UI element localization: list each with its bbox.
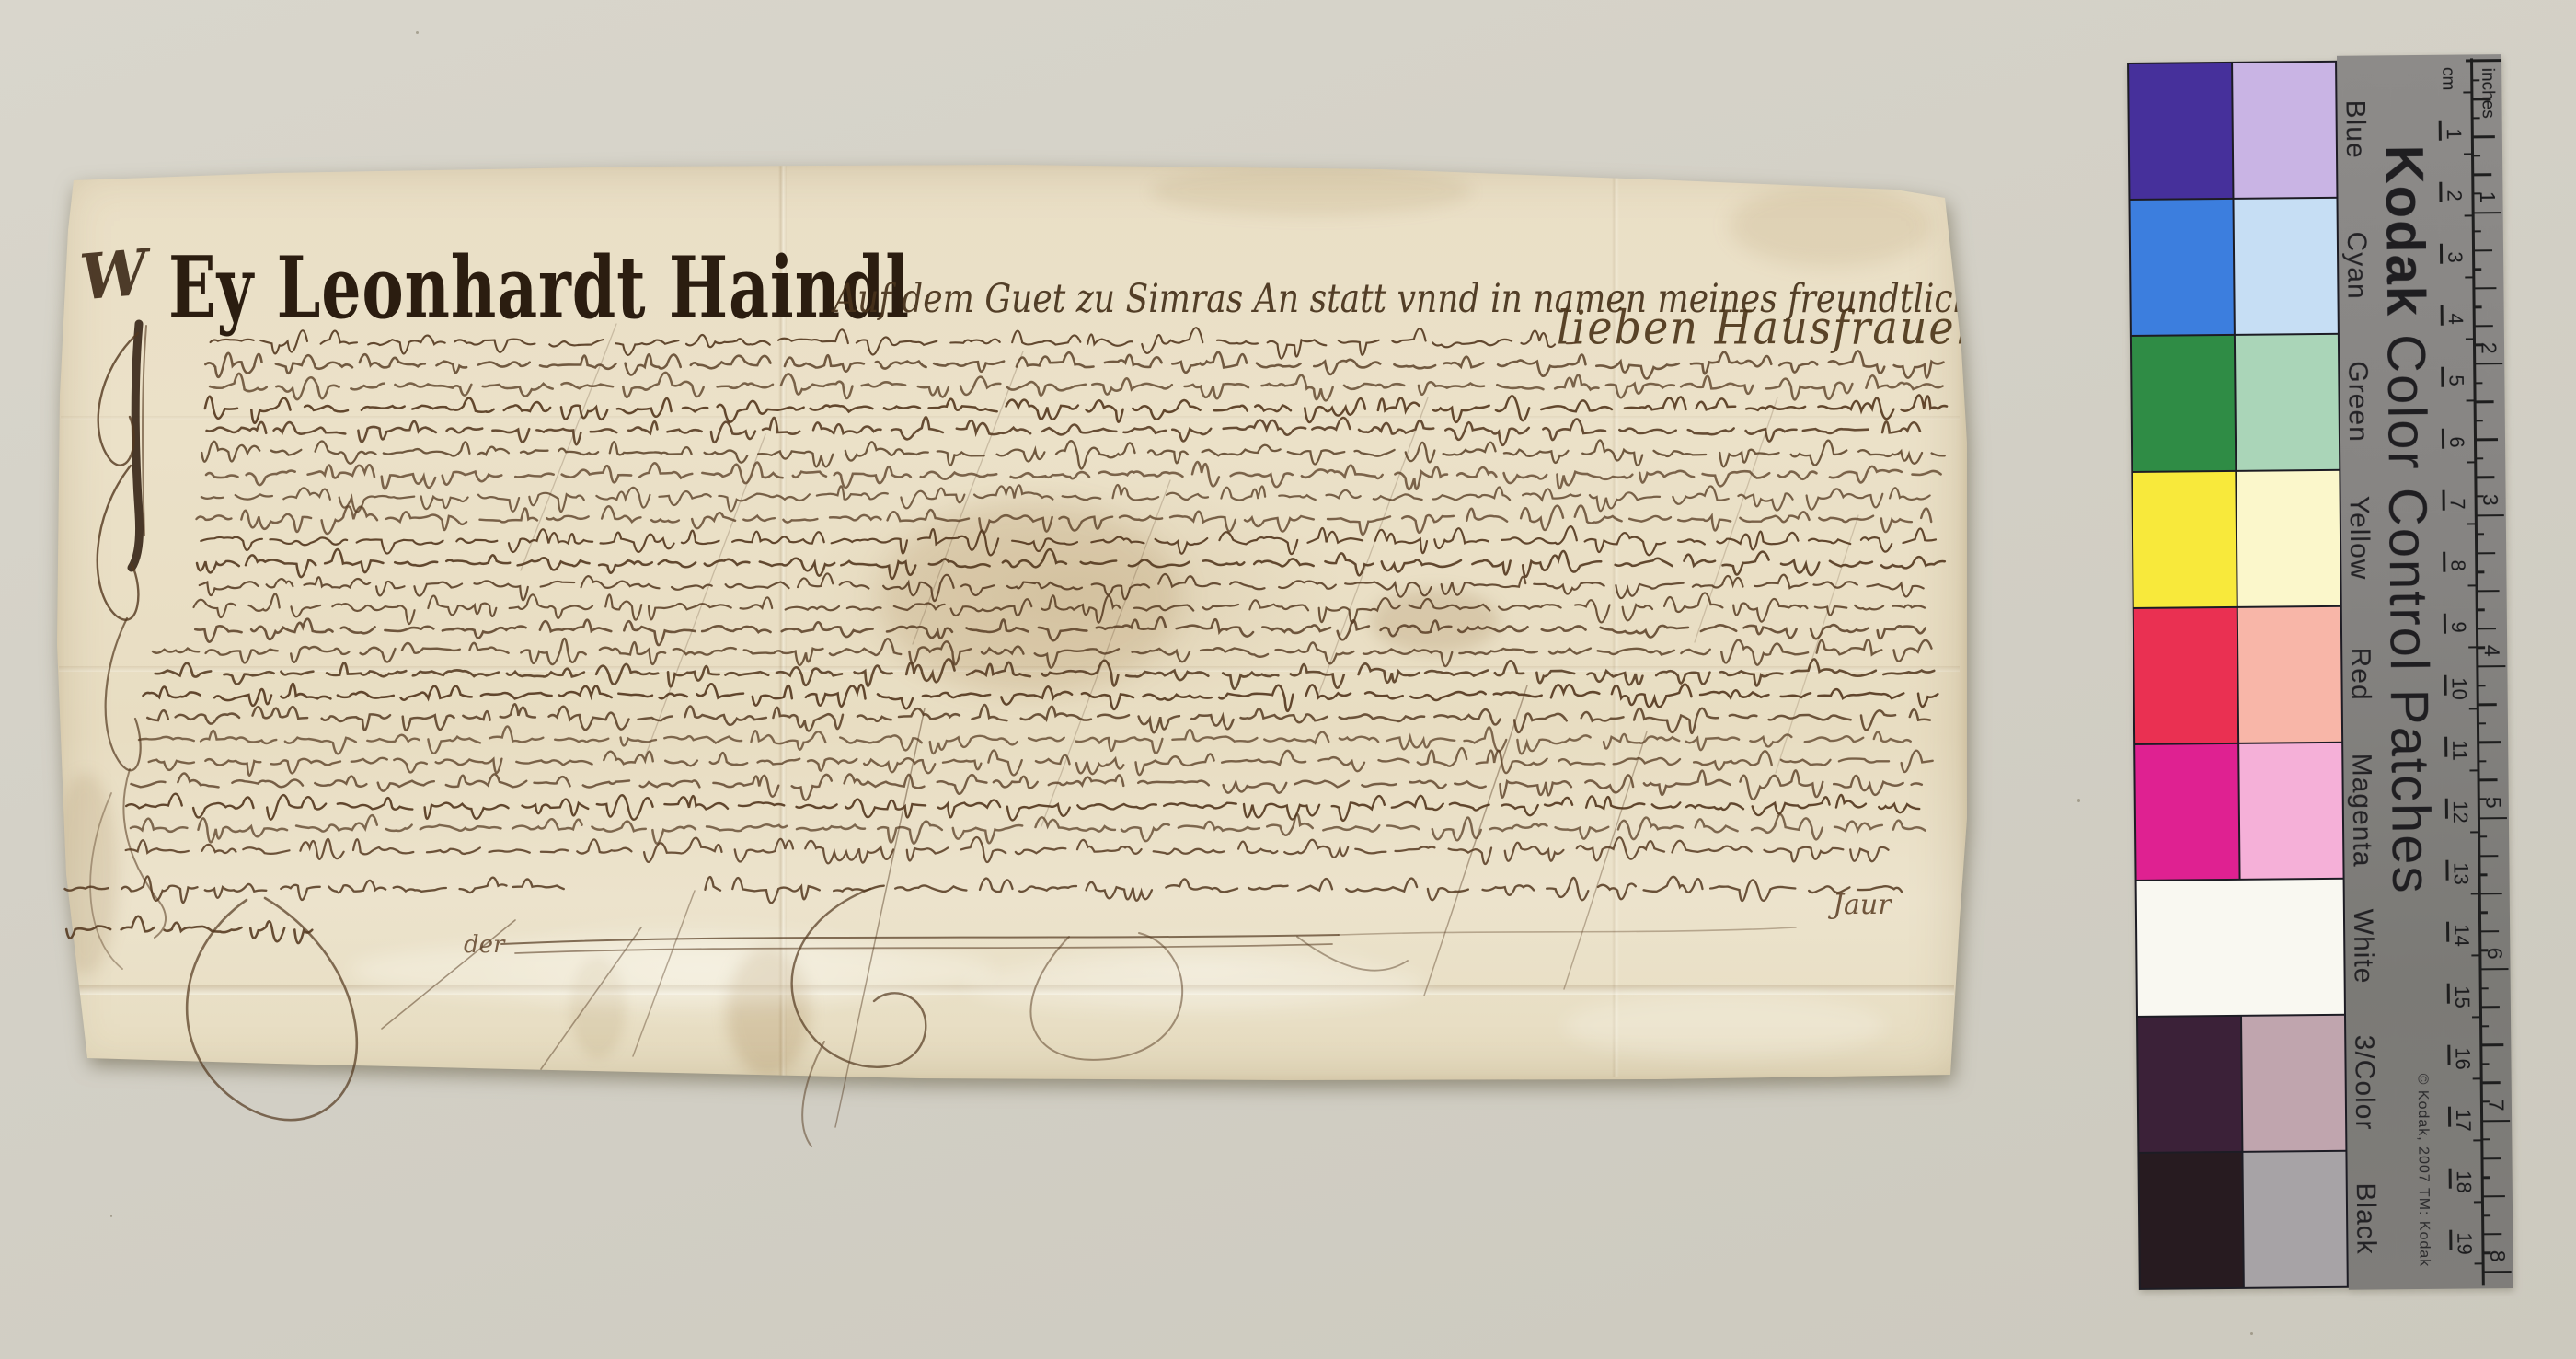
ruler-tick [2474, 1201, 2481, 1203]
fold-crease-horizontal [61, 416, 1960, 420]
ruler-tick [2482, 1271, 2512, 1273]
ruler-number: 8 [2485, 1250, 2510, 1262]
ruler-number: 10 [2446, 677, 2470, 700]
ruler-tick [2466, 338, 2473, 340]
patch-magenta-solid [2135, 744, 2238, 880]
ruler-number: 13 [2448, 862, 2472, 885]
ruler-tick [2477, 722, 2486, 724]
ruler-tick [2474, 477, 2494, 479]
closing-word: Jaur [1833, 889, 1892, 921]
fold-crease-vertical [778, 166, 787, 1077]
ruler-tick [2471, 155, 2480, 156]
ruler-number: 2 [2476, 342, 2501, 354]
ruler-number: 17 [2451, 1109, 2475, 1132]
patch-yellow-tint [2237, 471, 2340, 606]
ruler-tick [2470, 79, 2479, 81]
ruler-number: 4 [2444, 313, 2467, 324]
ruler-tick [2475, 570, 2484, 572]
kodak-title: Kodak Color Control Patches [2373, 144, 2442, 894]
ruler-tick [2474, 400, 2494, 403]
patch-label-yellow: Yellow [2343, 496, 2375, 581]
patch-black-solid [2139, 1153, 2242, 1288]
ruler-tick [2478, 873, 2488, 875]
scan-background: W Ey Leonhardt Haindl Auf dem Guet zu Si… [0, 0, 2576, 1359]
ruler-tick [2479, 1006, 2500, 1008]
ruler-tick [2480, 1138, 2490, 1140]
ruler-number: 2 [2442, 190, 2466, 201]
ruler-tick [2467, 523, 2475, 524]
ruler-tick [2473, 306, 2482, 308]
patch-black-tint [2243, 1152, 2346, 1287]
ruler-tick [2476, 609, 2485, 611]
patch-label-blue: Blue [2339, 99, 2371, 158]
ruler-tick [2477, 685, 2486, 686]
ruler-number: 7 [2445, 498, 2469, 509]
patch-label-cyan: Cyan [2340, 231, 2373, 299]
ruler-tick [2478, 855, 2498, 858]
ruler-tick [2466, 59, 2501, 62]
marginal-word: der [464, 931, 504, 959]
headline-blackletter: Ey Leonhardt Haindl [168, 237, 910, 338]
ruler-tick [2480, 1157, 2501, 1160]
ruler-number: 11 [2447, 740, 2471, 761]
ruler-tick [2471, 893, 2478, 894]
kodak-title-bold: Kodak [2374, 144, 2435, 317]
ruler-tick [2469, 708, 2477, 709]
ruler-tick [2476, 628, 2496, 630]
ruler-tick [2472, 212, 2501, 214]
ruler-tick [2479, 968, 2509, 971]
kodak-title-rest: Color Control Patches [2375, 317, 2441, 895]
ruler-tick [2479, 1025, 2489, 1027]
color-patches [2127, 61, 2349, 1290]
ruler-number: 7 [2483, 1099, 2508, 1111]
patch-green-solid [2132, 336, 2235, 471]
ruler-tick [2474, 457, 2483, 459]
ruler-tick [2472, 1016, 2479, 1018]
ruler-tick [2469, 769, 2477, 771]
ruler-tick [2465, 214, 2472, 216]
ruler-tick [2473, 382, 2482, 384]
ruler-number: 8 [2445, 559, 2469, 570]
ruler-tick [2471, 117, 2480, 119]
ruler-tick [2472, 230, 2481, 232]
ruler-tick [2463, 91, 2470, 93]
ruler-tick [2480, 1082, 2501, 1085]
ruler-tick [2471, 954, 2478, 956]
ruler-number: 3 [2443, 251, 2467, 262]
patch-cyan-tint [2234, 199, 2337, 334]
ruler-tick [2480, 1063, 2490, 1065]
ruler-tick [2481, 1176, 2490, 1178]
ruler-number: 14 [2449, 924, 2473, 947]
ruler-tick [2481, 1195, 2505, 1198]
ruler-number: 18 [2452, 1170, 2476, 1193]
ruler-number: 19 [2452, 1232, 2476, 1255]
patch-3-color-solid [2138, 1017, 2241, 1152]
ruler-number: 1 [2475, 190, 2500, 202]
ruler-number: 6 [2444, 436, 2468, 447]
water-sheen [350, 939, 994, 1003]
ruler-tick [2481, 1233, 2501, 1236]
patch-yellow-solid [2133, 472, 2236, 607]
kodak-copyright: © Kodak, 2007 TM: Kodak [2414, 1074, 2432, 1268]
ruler-tick [2477, 703, 2497, 706]
patch-red-tint [2238, 607, 2341, 743]
headline-chancery: Auf dem Guet zu Simras An statt vnnd in … [834, 276, 2016, 321]
patch-label-3-color: 3/Color [2348, 1035, 2380, 1131]
ruler-tick [2475, 552, 2495, 555]
stain [1371, 589, 1500, 653]
stain [727, 948, 810, 1077]
ruler-tick [2478, 779, 2498, 782]
parchment-sheet: W Ey Leonhardt Haindl Auf dem Guet zu Si… [53, 160, 1967, 1085]
ruler-number: 1 [2442, 128, 2466, 139]
stain [53, 773, 118, 975]
patch-label-green: Green [2341, 361, 2374, 443]
stain [1150, 166, 1472, 216]
water-sheen [966, 957, 1426, 1012]
ruler-tick [2471, 174, 2491, 177]
ruler-tick [2468, 646, 2476, 648]
ruler-tick [2473, 1077, 2480, 1079]
ruler-tick [2479, 1043, 2503, 1046]
fold-crease-horizontal [59, 666, 1960, 672]
ruler-tick [2476, 590, 2500, 593]
ruler-tick [2468, 584, 2476, 586]
patch-blue-tint [2233, 63, 2336, 198]
stain [570, 957, 626, 1058]
patch-3-color-tint [2242, 1016, 2345, 1151]
fold-crease-vertical [1612, 173, 1619, 1077]
ruler-tick [2473, 1139, 2480, 1141]
ruler-tick [2481, 1215, 2490, 1216]
ruler-number: 5 [2444, 374, 2467, 386]
ruler-tick [2471, 135, 2495, 138]
ruler-tick [2478, 912, 2488, 914]
ruler-cm-label: cm [2437, 67, 2457, 91]
patch-white [2137, 880, 2344, 1016]
ruler-tick [2470, 831, 2478, 833]
ruler-tick [2475, 1262, 2482, 1264]
headline-margin-mark: W [77, 236, 151, 315]
ruler-tick [2472, 249, 2492, 252]
ruler-tick [2478, 930, 2499, 933]
ruler-number: 5 [2480, 796, 2505, 808]
ruler-tick [2474, 438, 2498, 441]
kodak-color-control-strip: Kodak Color Control Patches © Kodak, 200… [2127, 54, 2513, 1292]
ruler-inches-label: inches [2477, 68, 2498, 119]
ruler-tick [2477, 741, 2501, 743]
ruler-number: 6 [2482, 948, 2507, 960]
ruler-tick [2473, 363, 2502, 365]
ruler-tick [2465, 276, 2472, 278]
ruler-number: 9 [2446, 621, 2470, 632]
ruler-tick [2472, 269, 2481, 271]
ruler-tick [2472, 287, 2496, 290]
ruler-number: 16 [2450, 1047, 2474, 1070]
ruler-tick [2480, 1120, 2510, 1123]
patch-red-solid [2134, 608, 2237, 743]
ruler-tick [2475, 533, 2484, 535]
patch-label-red: Red [2344, 647, 2376, 700]
patch-magenta-tint [2239, 743, 2342, 879]
ruler-tick [2474, 420, 2483, 421]
stain [879, 501, 1182, 695]
ruler-tick [2475, 514, 2504, 517]
ruler-number: 4 [2479, 645, 2504, 657]
patch-green-tint [2236, 335, 2339, 470]
patch-blue-solid [2129, 63, 2232, 199]
water-sheen [1564, 994, 1886, 1058]
ruler-number: 15 [2450, 985, 2474, 1008]
ruler-tick [2477, 760, 2486, 762]
ruler-tick [2479, 987, 2489, 989]
ruler-tick [2473, 325, 2493, 328]
ruler-tick [2470, 98, 2490, 100]
patch-label-magenta: Magenta [2345, 754, 2377, 868]
ruler-tick [2478, 817, 2507, 820]
patch-cyan-solid [2130, 200, 2233, 335]
patch-label-white: White [2347, 909, 2379, 985]
ruler-tick [2467, 461, 2474, 463]
headline-continuation: lieben Hausfrauen [1557, 300, 1984, 354]
ruler-number: 12 [2448, 800, 2472, 823]
fold-crease-horizontal [57, 985, 1954, 995]
patch-label-black: Black [2350, 1182, 2382, 1255]
ruler-tick [2478, 893, 2502, 895]
ruler-tick [2467, 399, 2474, 401]
ruler-number: 3 [2478, 493, 2502, 505]
stain [1730, 184, 1932, 267]
ruler-tick [2478, 835, 2487, 837]
ruler-tick [2476, 665, 2505, 668]
ruler-tick [2464, 153, 2471, 155]
